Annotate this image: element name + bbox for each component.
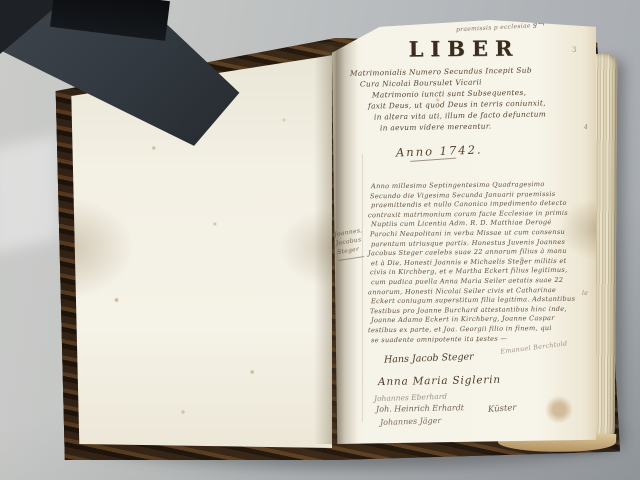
margin-mark: 4: [584, 124, 588, 131]
entry-paragraph: Anno millesimo Septingentesimo Quadrages…: [370, 181, 575, 344]
anno-heading: Anno 1742.: [396, 142, 483, 161]
sexton-label: Küster: [488, 403, 517, 415]
margin-note-underline: [338, 256, 364, 261]
header-paragraph: Matrimonialis Numero Secundus Incepit Su…: [350, 66, 546, 132]
witness-signature: Hans Jacob Steger: [384, 351, 474, 365]
paper-sliver: [0, 135, 58, 253]
witness-signature: Joh. Heinrich Erhardt: [376, 403, 464, 414]
right-page: praemissis p ecclesiae §¬ 3 LIBER Matrim…: [332, 14, 596, 444]
header-line: in aevum videre mereantur.: [380, 120, 546, 134]
margin-crease-line: [362, 154, 363, 422]
margin-mark: le: [582, 290, 588, 297]
witness-signature: Anna Maria Siglerin: [378, 374, 501, 388]
margin-note-names: Joannes, Jacobus Steger: [334, 226, 367, 261]
witness-signature: Johannes Jäger: [380, 416, 442, 427]
book-cradle: [0, 0, 252, 152]
photo-canvas: praemissis p ecclesiae §¬ 3 LIBER Matrim…: [0, 0, 640, 480]
page-title: LIBER: [332, 35, 596, 62]
top-note-text: praemissis p ecclesiae: [456, 22, 531, 33]
witness-signature: Johannes Eberhard: [374, 392, 447, 404]
